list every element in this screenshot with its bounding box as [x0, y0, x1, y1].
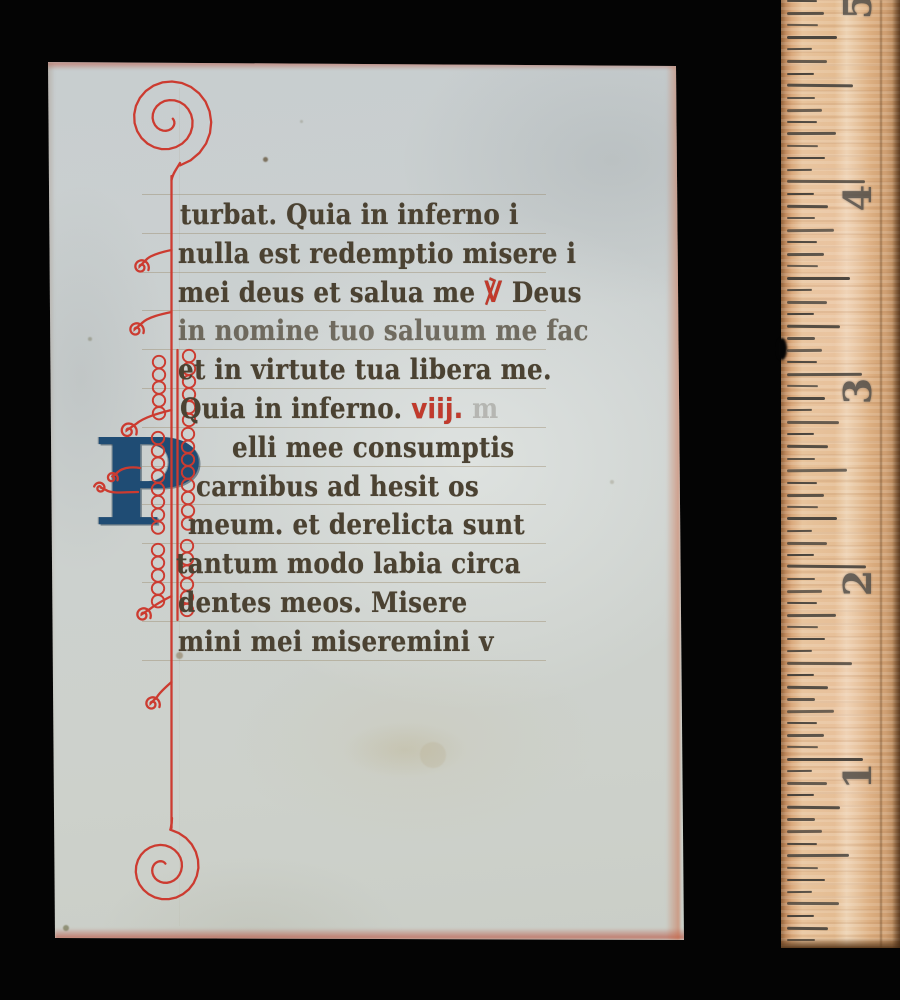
ruler-tick: [787, 132, 836, 135]
ruler-tick: [787, 782, 827, 785]
ruler-tick: [787, 650, 812, 653]
ruler-tick: [787, 613, 836, 616]
ruler-tick: [787, 926, 828, 929]
ruler-tick: [787, 289, 812, 292]
ruler-tick: [787, 108, 822, 111]
ruler-tick: [787, 734, 824, 737]
ruler-tick: [787, 265, 818, 268]
ruler-tick: [787, 277, 850, 280]
ruler-tick: [787, 891, 812, 894]
text-segment: dentes meos. Misere: [178, 586, 467, 619]
ruler-tick: [787, 241, 817, 244]
ruler-tick: [787, 794, 814, 797]
rubric-text: ℣: [484, 276, 503, 309]
ruler-tick: [787, 746, 818, 749]
ruler-tick: [787, 157, 825, 160]
text-segment: m: [463, 392, 498, 425]
text-segment: mei deus et salua me: [178, 276, 484, 309]
ruler-tick: [787, 205, 828, 208]
ruler-tick: [787, 24, 818, 27]
ruler-tick: [787, 517, 837, 520]
ruler-tick: [787, 542, 827, 545]
text-block: turbat. Quia in inferno inulla est redem…: [0, 0, 900, 1000]
ruler-tick: [787, 301, 827, 304]
ruler-number: 4: [835, 176, 875, 220]
rubric-text: viij.: [411, 392, 463, 425]
ruler-tick: [787, 228, 834, 231]
ruler-tick: [787, 710, 834, 713]
text-segment: et in virtute tua libera me.: [178, 353, 552, 386]
ruler-tick: [787, 818, 815, 820]
ruler-tick: [787, 385, 818, 388]
text-segment: carnibus ad hesit os: [196, 470, 479, 503]
manuscript-text-line: dentes meos. Misere: [178, 586, 467, 619]
ruler-tick: [787, 661, 852, 665]
ruler-tick: [787, 433, 814, 436]
manuscript-text-line: mei deus et salua me ℣ Deus: [178, 276, 582, 309]
ruler-tick: [787, 121, 817, 124]
ruler-tick: [787, 915, 814, 918]
text-segment: turbat. Quia in inferno i: [180, 198, 519, 231]
ruler-tick: [787, 313, 814, 316]
ruler-tick: [787, 253, 824, 256]
ruler-tick: [787, 770, 812, 773]
manuscript-text-line: meum. et derelicta sunt: [188, 508, 525, 541]
ruler-tick: [787, 421, 839, 424]
ruler-tick: [787, 361, 817, 364]
ruler-tick: [787, 458, 815, 460]
ruler-number: 2: [835, 561, 875, 605]
text-segment: elli mee consumptis: [232, 431, 514, 464]
ruler-tick: [787, 806, 840, 810]
text-segment: in nomine tuo saluum me fac: [178, 314, 589, 347]
ruler-edge-chip: [777, 338, 787, 360]
ruler-tick: [787, 0, 817, 3]
manuscript-text-line: turbat. Quia in inferno i: [180, 198, 519, 231]
wooden-ruler: 54321: [781, 0, 900, 948]
ruler-tick: [787, 854, 849, 858]
ruler-tick: [787, 349, 822, 352]
ruler-tick: [787, 397, 825, 400]
ruler-tick: [787, 217, 815, 219]
manuscript-text-line: mini mei miseremini v: [178, 625, 494, 658]
manuscript-text-line: in nomine tuo saluum me fac: [178, 314, 589, 347]
ruler-tick: [787, 902, 839, 905]
ruler-tick: [787, 505, 818, 508]
ruler-bottom-edge: [781, 938, 900, 948]
ruler-tick: [787, 842, 817, 845]
ruler-tick: [787, 409, 812, 412]
text-segment: tantum modo labia circa: [176, 547, 521, 580]
ruler-tick: [787, 60, 827, 63]
manuscript-text-line: tantum modo labia circa: [176, 547, 521, 580]
ruler-tick: [787, 445, 828, 448]
ruler-number: 1: [835, 754, 875, 798]
ruler-tick: [787, 626, 818, 629]
text-segment: meum. et derelicta sunt: [188, 508, 525, 541]
ruler-number: 5: [835, 0, 875, 28]
manuscript-text-line: elli mee consumptis: [232, 431, 514, 464]
text-segment: Quia in inferno.: [180, 392, 411, 425]
text-segment: mini mei miseremini v: [178, 625, 494, 658]
ruler-tick: [787, 12, 824, 15]
ruler-tick: [787, 337, 815, 339]
ruler-tick: [787, 36, 837, 39]
ruler-tick: [787, 830, 822, 833]
text-segment: nulla est redemptio misere i: [178, 237, 576, 270]
photo-stage: P turbat. Quia in inferno inulla est red…: [0, 0, 900, 1000]
ruler-tick: [787, 72, 814, 75]
text-segment: Deus: [503, 276, 582, 309]
ruler-number: 3: [835, 369, 875, 413]
ruler-tick: [787, 674, 814, 677]
manuscript-text-line: Quia in inferno. viij. m: [180, 392, 499, 425]
ruler-tick: [787, 84, 853, 88]
ruler-groove-line: [880, 0, 882, 948]
ruler-tick: [787, 193, 814, 196]
manuscript-text-line: carnibus ad hesit os: [196, 470, 479, 503]
ruler-tick: [787, 145, 818, 148]
ruler-tick: [787, 97, 815, 99]
ruler-tick: [787, 686, 828, 689]
ruler-tick: [787, 482, 817, 485]
ruler-tick: [787, 48, 812, 51]
ruler-tick: [787, 722, 817, 725]
ruler-tick: [787, 530, 812, 533]
ruler-tick: [787, 698, 815, 700]
manuscript-text-line: et in virtute tua libera me.: [178, 353, 552, 386]
ruler-tick: [787, 590, 822, 593]
ruler-tick: [787, 638, 825, 641]
ruler-tick: [787, 469, 847, 473]
manuscript-text-line: nulla est redemptio misere i: [178, 237, 576, 270]
manuscript-leaf: P turbat. Quia in inferno inulla est red…: [0, 0, 900, 1000]
ruler-tick: [787, 169, 812, 172]
ruler-tick: [787, 325, 840, 329]
ruler-tick: [787, 554, 814, 557]
ruler-tick: [787, 578, 815, 580]
ruler-tick: [787, 602, 817, 605]
ruler-tick: [787, 879, 825, 882]
ruler-tick: [787, 493, 824, 496]
ruler-tick: [787, 866, 818, 869]
